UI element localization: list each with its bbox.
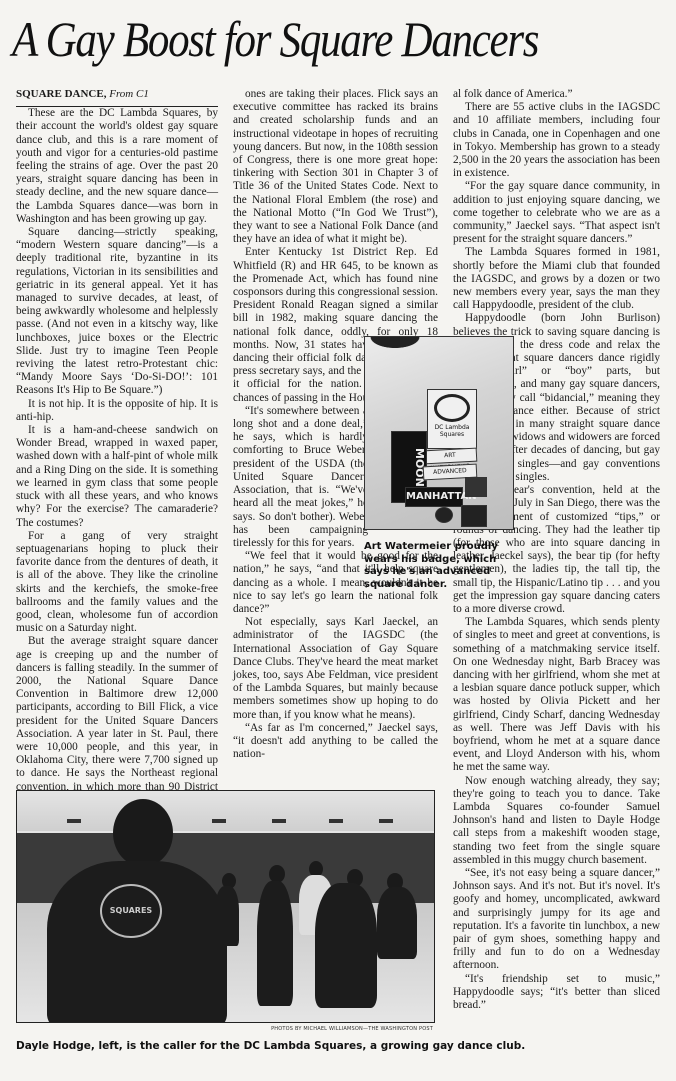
dancer-figure <box>257 881 293 1006</box>
paragraph: “As far as I'm concerned,” Jaeckel says,… <box>233 722 438 762</box>
dancer-figure <box>215 886 239 946</box>
manhattan-badge: MANHATTAN <box>405 487 463 507</box>
club-logo-icon <box>434 394 470 422</box>
paragraph: The Lambda Squares formed in 1981, short… <box>453 246 660 312</box>
headline: A Gay Boost for Square Dancers <box>12 10 538 68</box>
paragraph: “It's somewhere between a long shot and … <box>233 405 368 550</box>
jump-section: SQUARE DANCE, <box>16 88 106 100</box>
small-pin-icon <box>465 477 487 497</box>
club-badge: DC Lambda Squares <box>427 389 477 449</box>
badge-photo: DC Lambda Squares ART WATERMEIER MOON AD… <box>364 336 514 530</box>
article-column-1: SQUARE DANCE, From C1 These are the DC L… <box>16 88 218 860</box>
name-badge: ART WATERMEIER <box>423 448 478 465</box>
paragraph: These are the DC Lambda Squares, by thei… <box>16 107 218 226</box>
paragraph: It is not hip. It is the opposite of hip… <box>16 398 218 424</box>
paragraph: ones are taking their places. Flick says… <box>233 88 438 246</box>
ceiling-light <box>329 819 343 823</box>
paragraph: There are 55 active clubs in the IAGSDC … <box>453 101 660 180</box>
paragraph: It is a ham-and-cheese sandwich on Wonde… <box>16 424 218 530</box>
dancer-figure <box>315 883 377 1008</box>
dance-photo-caption: Dayle Hodge, left, is the caller for the… <box>16 1040 456 1052</box>
paragraph: Not especially, says Karl Jaeckel, an ad… <box>233 616 438 722</box>
round-pin-icon <box>435 507 453 523</box>
shirt-logo: SQUARES <box>100 884 162 938</box>
ceiling-light <box>272 819 286 823</box>
paragraph: The Lambda Squares, which sends plenty o… <box>453 616 660 774</box>
badge-photo-caption: Art Watermeier proudly wears his badge, … <box>364 541 504 591</box>
caller-head <box>113 799 173 867</box>
photo-credit: PHOTOS BY MICHAEL WILLIAMSON—THE WASHING… <box>16 1026 433 1032</box>
paragraph: “See, it's not easy being a square dance… <box>453 867 660 973</box>
ceiling-light <box>212 819 226 823</box>
jump-from: From C1 <box>109 88 149 100</box>
dance-photo: SQUARES <box>16 790 435 1023</box>
dancer-figure <box>377 887 417 959</box>
paragraph: For a gang of very straight septuagenari… <box>16 530 218 636</box>
paragraph: “It's friendship set to music,” Happydoo… <box>453 973 660 1013</box>
paragraph: al folk dance of America.” <box>453 88 660 101</box>
jump-line: SQUARE DANCE, From C1 <box>16 88 218 107</box>
photo-ceiling <box>17 791 434 831</box>
paragraph: Square dancing—strictly speaking, “moder… <box>16 226 218 398</box>
club-badge-text: DC Lambda Squares <box>428 424 476 438</box>
ceiling-light <box>379 819 393 823</box>
paragraph: Now enough watching already, they say; t… <box>453 775 660 867</box>
square-pin-icon <box>461 505 487 527</box>
paragraph: “For the gay square dance community, in … <box>453 180 660 246</box>
ceiling-light <box>67 819 81 823</box>
